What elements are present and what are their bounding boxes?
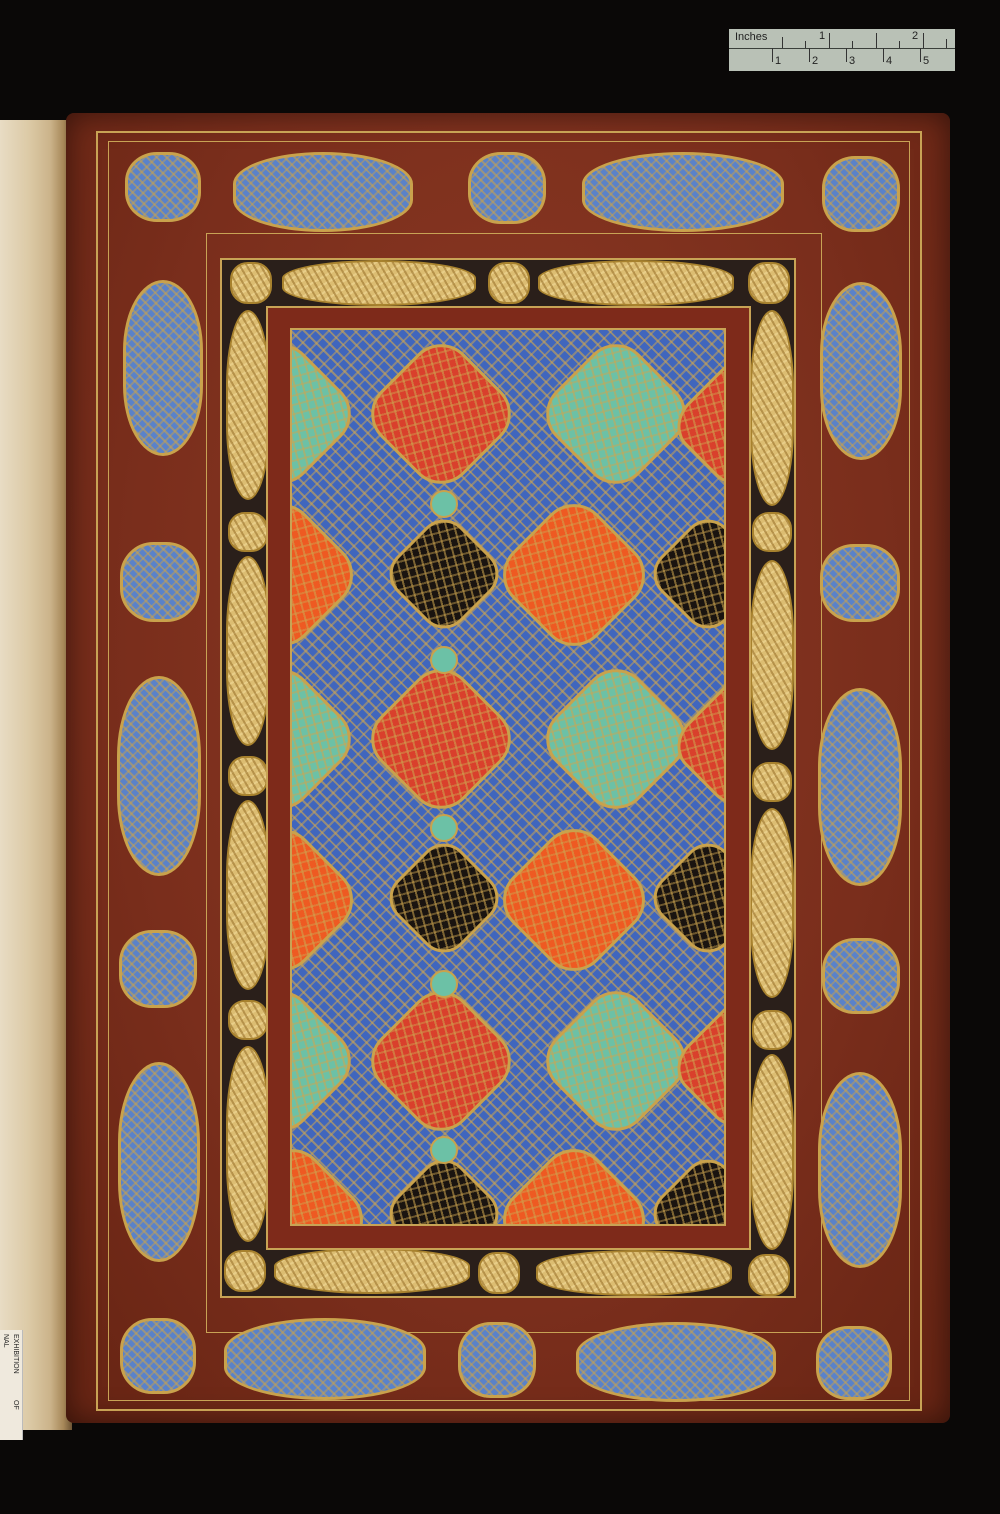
blue-cartouche (120, 542, 200, 622)
blue-cartouche (816, 1326, 892, 1400)
blue-cartouche (458, 1322, 536, 1398)
gold-cartouche (748, 1254, 790, 1296)
green-medallion (533, 656, 700, 823)
measurement-scale-bar: Inches 1 2 1 2 3 4 5 (729, 29, 955, 71)
orange-medallion (290, 815, 367, 985)
green-roundel (430, 970, 458, 998)
cm-label-5: 5 (923, 55, 929, 67)
blue-cartouche (576, 1322, 776, 1402)
gold-cartouche (750, 310, 794, 506)
gold-cartouche (752, 512, 792, 552)
orange-medallion (290, 490, 367, 660)
gold-cartouche (488, 262, 530, 304)
inch-label-1: 1 (819, 30, 825, 42)
green-roundel (430, 1136, 458, 1164)
black-medallion (379, 509, 509, 639)
inch-label-2: 2 (912, 30, 918, 42)
label-line-3: OF (12, 1400, 19, 1410)
cm-label-3: 3 (849, 55, 855, 67)
red-medallion (358, 331, 525, 498)
gold-cartouche (536, 1250, 732, 1296)
black-medallion (643, 833, 726, 963)
gold-cartouche (228, 512, 268, 552)
blue-cartouche (120, 1318, 196, 1394)
gold-cartouche (478, 1252, 520, 1294)
blue-cartouche (125, 152, 201, 222)
gold-cartouche (538, 260, 734, 306)
gold-cartouche (750, 1054, 794, 1250)
blue-cartouche (123, 280, 203, 456)
gold-cartouche (228, 1000, 268, 1040)
blue-cartouche (118, 1062, 200, 1262)
blue-cartouche (117, 676, 201, 876)
blue-cartouche (822, 156, 900, 232)
black-medallion (379, 833, 509, 963)
green-roundel (430, 646, 458, 674)
blue-cartouche (818, 1072, 902, 1268)
central-lattice-field (290, 328, 726, 1226)
blue-cartouche (119, 930, 197, 1008)
gold-cartouche (750, 560, 794, 750)
orange-medallion (489, 815, 659, 985)
green-roundel (430, 490, 458, 518)
gold-cartouche (226, 556, 270, 746)
black-medallion (643, 509, 726, 639)
black-medallion (643, 1149, 726, 1226)
green-medallion (290, 978, 364, 1145)
inch-row: Inches 1 2 (729, 29, 955, 49)
label-line-2: EXHIBITION (12, 1334, 19, 1374)
green-medallion (290, 331, 364, 498)
blue-cartouche (820, 282, 902, 460)
cm-label-2: 2 (812, 55, 818, 67)
blue-cartouche (468, 152, 546, 224)
blue-cartouche (233, 152, 413, 232)
green-medallion (290, 656, 364, 823)
gold-cartouche (230, 262, 272, 304)
blue-cartouche (822, 938, 900, 1014)
orange-medallion (290, 1135, 377, 1226)
red-medallion (358, 656, 525, 823)
gold-cartouche (752, 762, 792, 802)
green-medallion (533, 331, 700, 498)
cm-label-1: 1 (775, 55, 781, 67)
label-line-1: NAL (2, 1334, 9, 1348)
gold-cartouche (748, 262, 790, 304)
gold-cartouche (226, 310, 270, 500)
cm-label-4: 4 (886, 55, 892, 67)
gold-cartouche (226, 1046, 270, 1242)
red-medallion (358, 978, 525, 1145)
blue-cartouche (818, 688, 902, 886)
gold-cartouche (750, 808, 794, 998)
blue-cartouche (224, 1318, 426, 1400)
gold-cartouche (752, 1010, 792, 1050)
blue-cartouche (820, 544, 900, 622)
exhibition-label: NAL EXHIBITION OF (0, 1330, 23, 1440)
orange-medallion (489, 490, 659, 660)
gold-cartouche (224, 1250, 266, 1292)
gold-cartouche (274, 1248, 470, 1294)
orange-medallion (489, 1135, 659, 1226)
green-medallion (533, 978, 700, 1145)
blue-cartouche (582, 152, 784, 232)
green-roundel (430, 814, 458, 842)
gold-cartouche (226, 800, 270, 990)
page-edge (0, 120, 72, 1430)
gold-cartouche (228, 756, 268, 796)
gold-cartouche (282, 260, 476, 306)
scale-unit-label: Inches (735, 31, 767, 43)
